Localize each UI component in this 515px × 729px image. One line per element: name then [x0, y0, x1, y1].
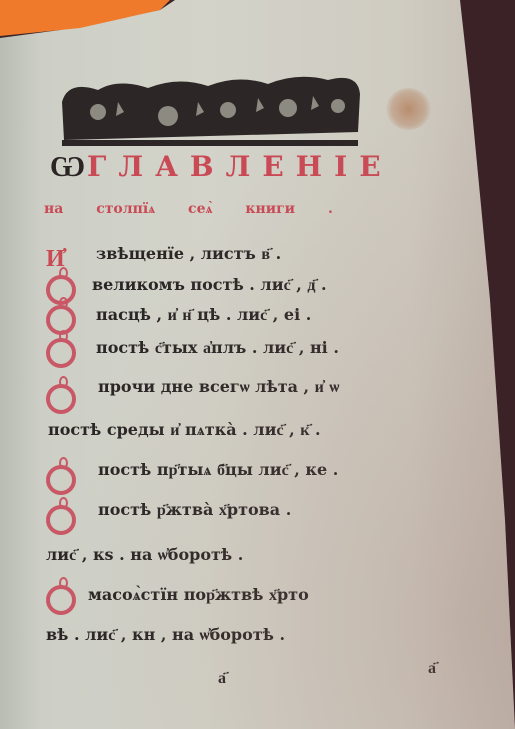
red-initial-i: И҆	[46, 243, 65, 273]
toc-entry: постѣ р҃жтва̀ х҃ртова .	[98, 500, 291, 520]
headpiece-ornament	[58, 72, 364, 152]
toc-entry: постѣ с҃тых а҆плъ . лис҃ , ні .	[96, 338, 339, 358]
book-page: ѠГЛАВЛЕНІЕ на столпїѧ сеѧ̀ книги . И҆ зв…	[0, 0, 515, 729]
toc-entry: пасцѣ , и҆ н҃ цѣ . лис҃ , еі .	[96, 305, 311, 325]
red-initial-o	[46, 338, 76, 368]
subheading: на столпїѧ сеѧ̀ книги .	[44, 201, 333, 218]
toc-entry: великомъ постѣ . лис҃ , д҃ .	[92, 275, 327, 295]
toc-entry: вѣ . лис҃ , кн , на ѡ҆боротѣ .	[46, 625, 285, 645]
toc-entry: лис҃ , кѕ . на ѡ҆боротѣ .	[46, 545, 243, 565]
red-initial-o	[46, 465, 76, 495]
toc-entry: звѣщенїе , листъ в҃ .	[96, 244, 281, 264]
headline-initial: Ѡ	[50, 150, 87, 183]
toc-entry: постѣ среды и҆ пѧтка̀ . лис҃ , к҃ .	[48, 420, 321, 440]
toc-entry: масоѧ̀стїн пор҃жтвѣ х҃рто	[88, 585, 309, 605]
red-initial-o	[46, 505, 76, 535]
red-initial-o	[46, 275, 76, 305]
toc-entry: постѣ пр҃тыѧ б҃цы лис҃ , ке .	[98, 460, 338, 480]
red-initial-o	[46, 585, 76, 615]
page-headline: ѠГЛАВЛЕНІЕ	[50, 150, 393, 184]
subheading-part: на столпїѧ	[44, 201, 155, 217]
page-stain	[386, 88, 431, 130]
toc-entry: прочи дне всегѡ лѣта , и҆ ѡ	[98, 377, 339, 397]
signature-mark: а҃	[428, 658, 436, 678]
signature-mark: а҃	[218, 668, 226, 688]
subheading-part: сеѧ̀	[188, 201, 212, 217]
headline-rest: ГЛАВЛЕНІЕ	[87, 150, 393, 183]
red-initial-o	[46, 384, 76, 414]
red-initial-o	[46, 305, 76, 335]
subheading-part: книги .	[245, 201, 332, 217]
